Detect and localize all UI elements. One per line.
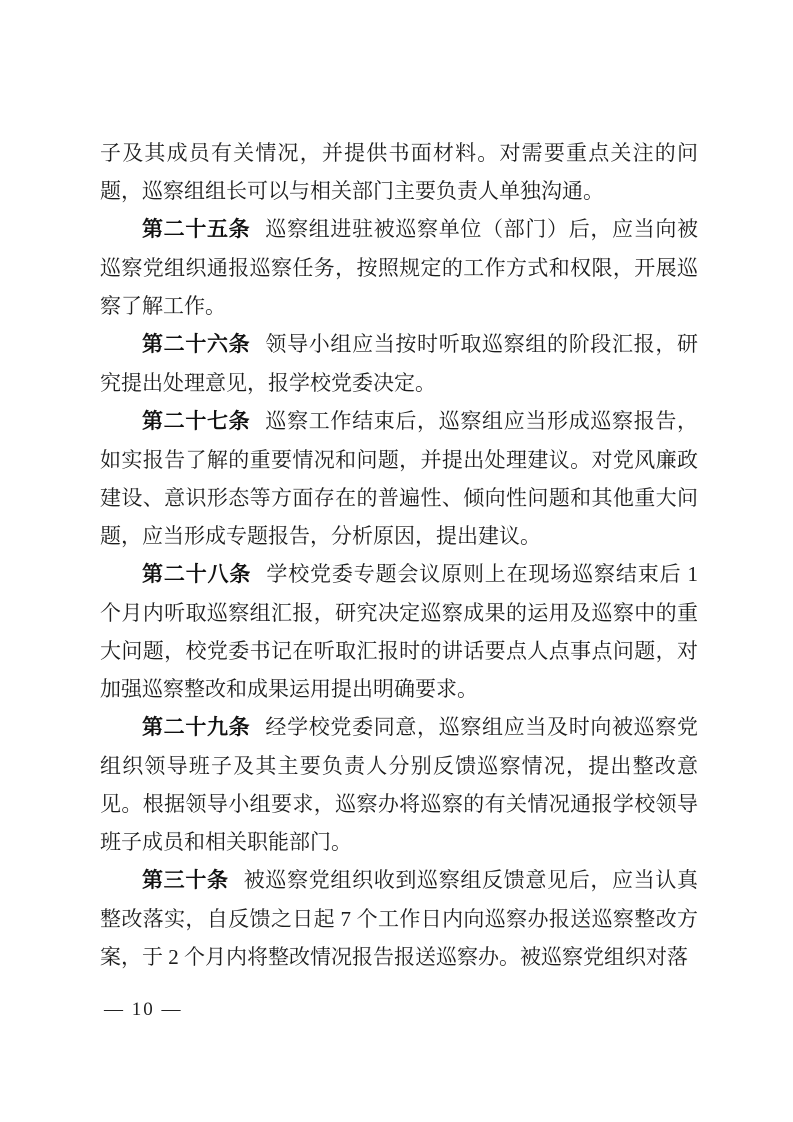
page-number: — 10 — — [104, 999, 183, 1021]
document-page: 子及其成员有关情况，并提供书面材料。对需要重点关注的问题，巡察组组长可以与相关部… — [0, 0, 793, 1122]
article-number: 第二十八条 — [142, 563, 251, 586]
article-number: 第三十条 — [142, 869, 229, 892]
article-number: 第二十七条 — [142, 410, 250, 433]
paragraph-article-27: 第二十七条巡察工作结束后，巡察组应当形成巡察报告，如实报告了解的重要情况和问题，… — [100, 402, 698, 555]
article-number: 第二十九条 — [142, 716, 250, 739]
paragraph-article-28: 第二十八条学校党委专题会议原则上在现场巡察结束后 1 个月内听取巡察组汇报，研究… — [100, 555, 698, 708]
article-number: 第二十五条 — [142, 218, 250, 241]
paragraph-continuation: 子及其成员有关情况，并提供书面材料。对需要重点关注的问题，巡察组组长可以与相关部… — [100, 134, 698, 210]
article-number: 第二十六条 — [142, 333, 250, 356]
paragraph-article-25: 第二十五条巡察组进驻被巡察单位（部门）后，应当向被巡察党组织通报巡察任务，按照规… — [100, 210, 698, 325]
paragraph-article-29: 第二十九条经学校党委同意，巡察组应当及时向被巡察党组织领导班子及其主要负责人分别… — [100, 708, 698, 861]
paragraph-text: 子及其成员有关情况，并提供书面材料。对需要重点关注的问题，巡察组组长可以与相关部… — [100, 141, 698, 203]
paragraph-article-30: 第三十条被巡察党组织收到巡察组反馈意见后，应当认真整改落实，自反馈之日起 7 个… — [100, 861, 698, 976]
document-body: 子及其成员有关情况，并提供书面材料。对需要重点关注的问题，巡察组组长可以与相关部… — [100, 134, 698, 976]
paragraph-article-26: 第二十六条领导小组应当按时听取巡察组的阶段汇报，研究提出处理意见，报学校党委决定… — [100, 325, 698, 402]
